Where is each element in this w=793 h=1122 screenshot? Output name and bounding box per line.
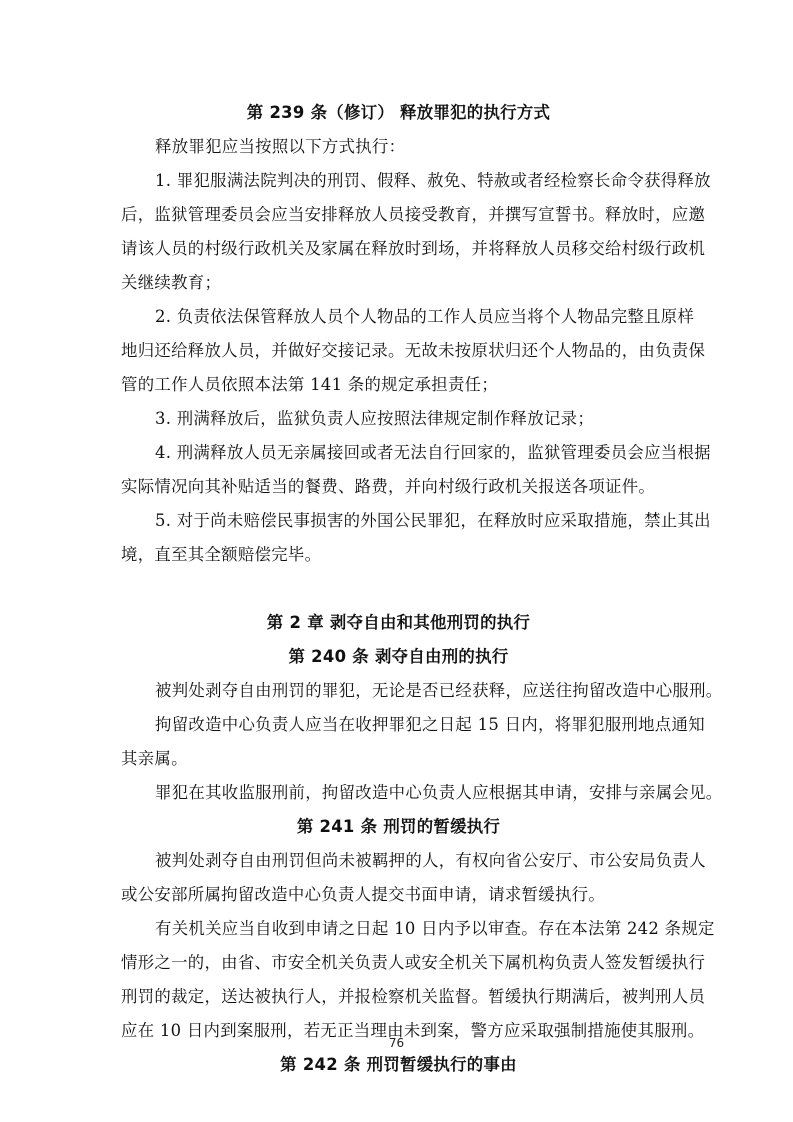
article-239-item-2-line: 管的工作人员依照本法第 141 条的规定承担责任；: [121, 368, 676, 402]
article-239-item-4-line: 4. 刑满释放人员无亲属接回或者无法自行回家的，监狱管理委员会应当根据: [121, 436, 676, 470]
article-240-para-2-line: 拘留改造中心负责人应当在收押罪犯之日起 15 日内，将罪犯服刑地点通知: [121, 708, 676, 742]
article-239-item-5-line: 境，直至其全额赔偿完毕。: [121, 538, 676, 572]
page-number: 76: [0, 1036, 793, 1050]
article-241-para-2-line: 有关机关应当自收到申请之日起 10 日内予以审查。存在本法第 242 条规定: [121, 912, 676, 946]
article-241-para-1-line: 被判处剥夺自由刑罚但尚未被羁押的人，有权向省公安厅、市公安局负责人: [121, 844, 676, 878]
article-239-item-1-line: 后，监狱管理委员会应当安排释放人员接受教育，并撰写宣誓书。释放时，应邀: [121, 198, 676, 232]
article-239-item-1-line: 请该人员的村级行政机关及家属在释放时到场，并将释放人员移交给村级行政机: [121, 232, 676, 266]
chapter-2-heading: 第 2 章 剥夺自由和其他刑罚的执行: [121, 606, 676, 640]
article-241-para-2-line: 情形之一的，由省、市安全机关负责人或安全机关下属机构负责人签发暂缓执行: [121, 946, 676, 980]
document-page: 第 239 条（修订） 释放罪犯的执行方式 释放罪犯应当按照以下方式执行： 1.…: [121, 96, 676, 1082]
article-239-item-2-line: 地归还给释放人员，并做好交接记录。无故未按原状归还个人物品的，由负责保: [121, 334, 676, 368]
article-239-item-1-line: 1. 罪犯服满法院判决的刑罚、假释、赦免、特赦或者经检察长命令获得释放: [121, 164, 676, 198]
article-239-intro: 释放罪犯应当按照以下方式执行：: [121, 130, 676, 164]
article-241-para-1-line: 或公安部所属拘留改造中心负责人提交书面申请，请求暂缓执行。: [121, 878, 676, 912]
article-240-heading: 第 240 条 剥夺自由刑的执行: [121, 640, 676, 674]
article-242-heading: 第 242 条 刑罚暂缓执行的事由: [121, 1048, 676, 1082]
article-239-item-2-line: 2. 负责依法保管释放人员个人物品的工作人员应当将个人物品完整且原样: [121, 300, 676, 334]
article-239-item-3: 3. 刑满释放后，监狱负责人应按照法律规定制作释放记录；: [121, 402, 676, 436]
article-240-para-2-line: 其亲属。: [121, 742, 676, 776]
section-gap: [121, 572, 676, 606]
article-240-para-3: 罪犯在其收监服刑前，拘留改造中心负责人应根据其申请，安排与亲属会见。: [121, 776, 676, 810]
article-239-item-5-line: 5. 对于尚未赔偿民事损害的外国公民罪犯，在释放时应采取措施，禁止其出: [121, 504, 676, 538]
article-239-heading: 第 239 条（修订） 释放罪犯的执行方式: [121, 96, 676, 130]
article-241-para-2-line: 刑罚的裁定，送达被执行人，并报检察机关监督。暂缓执行期满后，被判刑人员: [121, 980, 676, 1014]
article-239-item-4-line: 实际情况向其补贴适当的餐费、路费，并向村级行政机关报送各项证件。: [121, 470, 676, 504]
article-241-heading: 第 241 条 刑罚的暂缓执行: [121, 810, 676, 844]
article-240-para-1: 被判处剥夺自由刑罚的罪犯，无论是否已经获释，应送往拘留改造中心服刑。: [121, 674, 676, 708]
article-239-item-1-line: 关继续教育；: [121, 266, 676, 300]
